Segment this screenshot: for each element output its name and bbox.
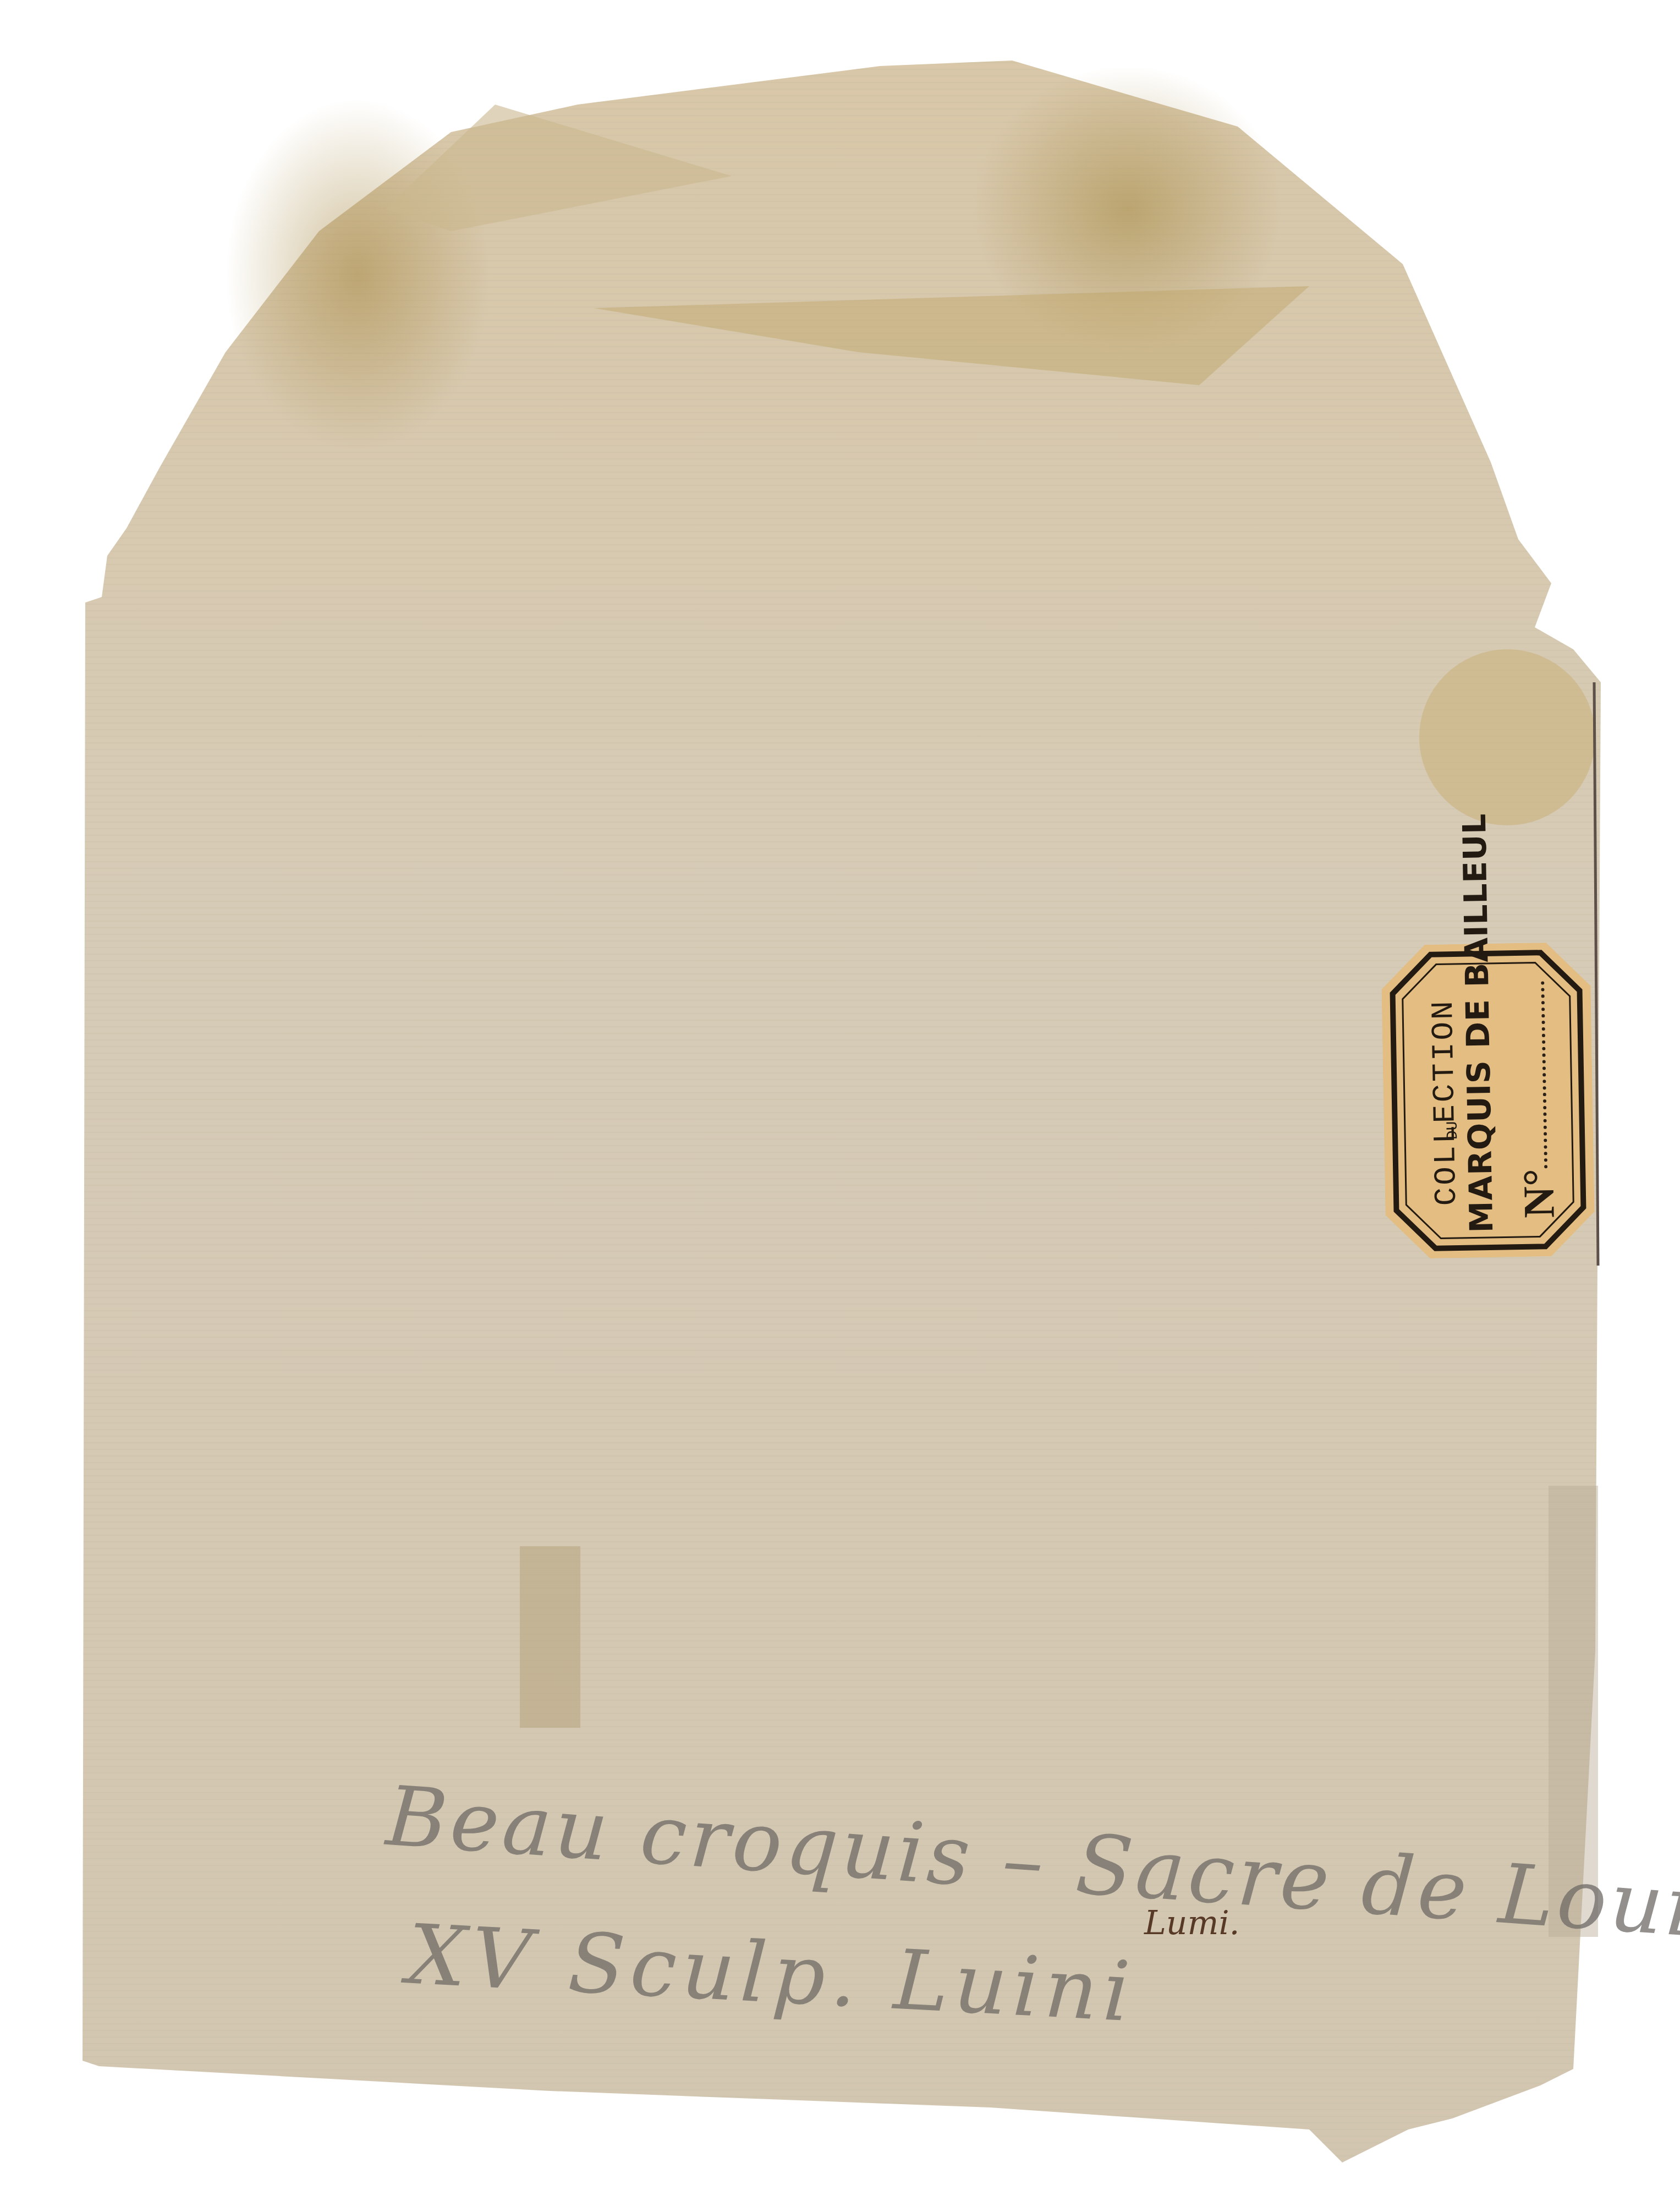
label-owner: MARQUIS DE BAILLEUL — [1456, 813, 1500, 1233]
tape-fragment-bottom — [520, 1546, 580, 1728]
collection-label: COLLECTION DU MARQUIS DE BAILLEUL N° — [1381, 942, 1595, 1260]
label-title: COLLECTION — [1426, 999, 1465, 1206]
inscription-annotation: Lumi. — [1144, 1904, 1240, 1942]
label-number-prefix: N° — [1514, 1168, 1565, 1218]
stain-right-edge — [1419, 649, 1595, 825]
label-connector: DU — [1445, 1121, 1462, 1140]
label-number-field — [1541, 981, 1547, 1168]
